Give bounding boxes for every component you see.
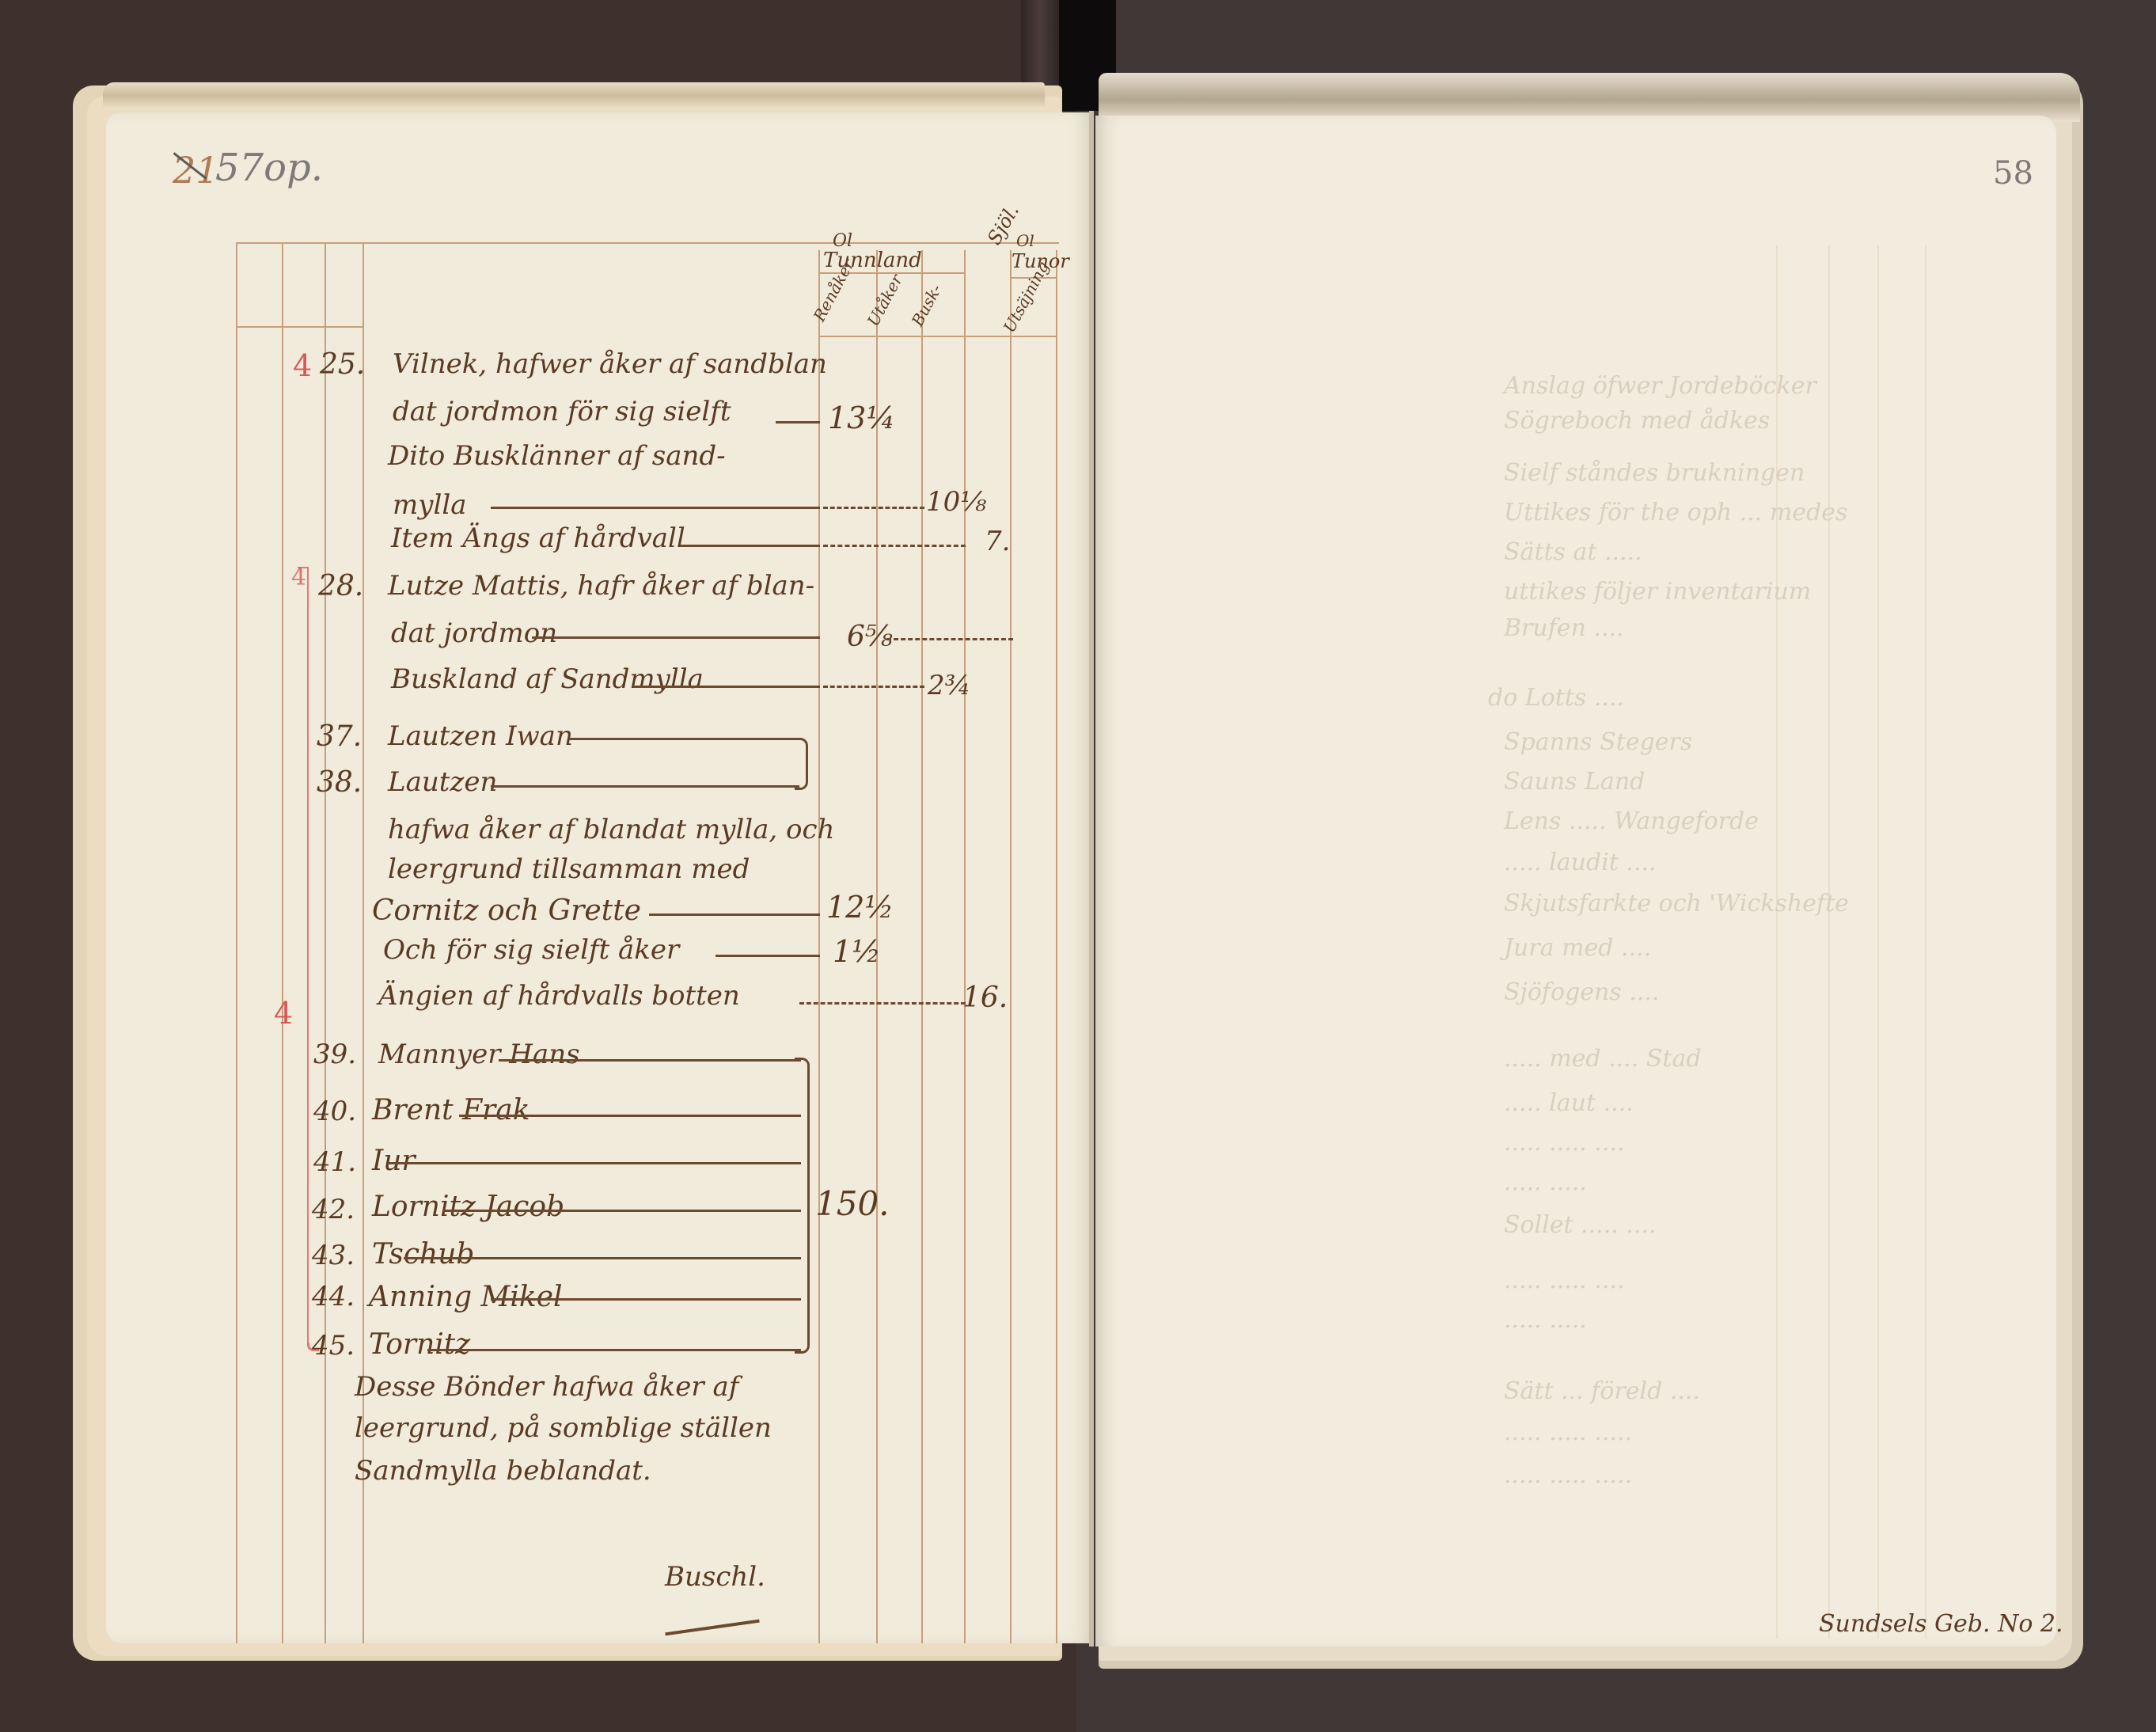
leader-dash	[823, 507, 924, 509]
entry-line: Buskland af Sandmylla	[391, 663, 704, 695]
entry-number: 43.	[312, 1240, 355, 1271]
bleed-line: Sjöfogens ....	[1504, 978, 1659, 1006]
entry-line: dat jordmon	[391, 617, 557, 649]
entry-number: 45.	[312, 1330, 355, 1362]
red-margin-mark: 4	[291, 564, 306, 591]
faint-rule	[1776, 245, 1778, 1639]
brace-37-38	[795, 738, 808, 790]
leader-dash	[823, 686, 924, 688]
faint-rule	[1925, 245, 1926, 1639]
closing-note-line: Sandmylla beblandat.	[355, 1455, 651, 1487]
leader-line	[776, 421, 820, 424]
value-renaker: 6⅝	[847, 621, 893, 653]
bleed-line: do Lotts ....	[1488, 684, 1624, 712]
entry-number: 41.	[313, 1146, 356, 1178]
faint-rule	[1877, 245, 1879, 1639]
brace-39-45	[795, 1058, 810, 1354]
bleed-line: Sätts at .....	[1504, 538, 1642, 566]
entry-line: Ängien af hårdvalls botten	[378, 980, 740, 1012]
bleed-line: ..... laut ....	[1504, 1089, 1634, 1117]
value-renaker: 12½	[826, 890, 894, 925]
leader-line	[491, 785, 799, 788]
rule-busk-col	[921, 250, 923, 1643]
leader-line	[499, 1059, 801, 1062]
entry-line: dat jordmon för sig sielft	[393, 396, 731, 427]
rule-redmark-col	[282, 242, 283, 1643]
entry-number: 39.	[313, 1039, 356, 1070]
footer-note: Sundsels Geb. No 2.	[1819, 1610, 2063, 1638]
bleed-line: Sielf ståndes brukningen	[1504, 459, 1805, 487]
value-sjol: 2¾	[928, 670, 971, 701]
leader-dash	[823, 545, 966, 547]
value-renaker: 13¼	[828, 401, 895, 435]
entry-line: hafwa åker af blandat mylla, och	[388, 814, 834, 845]
entry-number: 25.	[320, 348, 365, 381]
bleed-line: Lens ..... Wangeforde	[1504, 807, 1759, 835]
bleed-line: ..... med .... Stad	[1504, 1045, 1702, 1073]
bleed-line: uttikes följer inventarium	[1504, 578, 1811, 606]
leader-line	[633, 686, 820, 688]
entry-line: Lautzen Iwan	[388, 720, 573, 752]
entry-line: Anning Mikel	[369, 1281, 563, 1313]
entry-line: Dito Busklänner af sand-	[388, 440, 726, 472]
bleed-line: Sögreboch med ådkes	[1504, 407, 1770, 435]
entry-line: Cornitz och Grette	[372, 894, 641, 927]
header-group3-prefix: Ol	[1016, 231, 1034, 250]
value-renaker: 1½	[833, 934, 881, 969]
red-margin-mark: 4	[293, 348, 312, 383]
entry-line: Tschub	[372, 1238, 474, 1271]
leader-line	[649, 913, 820, 916]
right-page	[1095, 116, 2056, 1647]
leader-line	[570, 738, 799, 740]
entry-line: Item Ängs af hårdvall	[391, 522, 685, 554]
bleed-line: ..... ..... .....	[1504, 1419, 1632, 1446]
bleed-line: Sätt ... föreld ....	[1504, 1377, 1700, 1405]
entry-number: 28.	[318, 570, 363, 602]
bleed-line: Sollet ..... ....	[1504, 1211, 1657, 1239]
gutter	[1089, 111, 1094, 1647]
rule-left-margin	[236, 242, 237, 1643]
entry-line: Mannyer Hans	[378, 1039, 580, 1070]
left-page-top-edge	[103, 82, 1045, 109]
bleed-line: ..... laudit ....	[1504, 849, 1657, 876]
group-total: 150.	[815, 1184, 890, 1223]
folio-number: 58	[1993, 155, 2033, 192]
entry-line: Lutze Mattis, hafr åker af blan-	[388, 570, 814, 602]
rule-tunor-col	[1010, 250, 1012, 1643]
bleed-line: ..... .....	[1504, 1168, 1587, 1196]
bleed-line: Brufen ....	[1504, 614, 1624, 642]
bleed-line: Jura med ....	[1504, 934, 1651, 962]
entry-line: mylla	[393, 489, 466, 521]
red-margin-mark: 4	[274, 996, 293, 1031]
bleed-line: Uttikes för the oph ... medes	[1504, 499, 1847, 526]
entry-line: Lautzen	[388, 766, 497, 798]
leader-line	[459, 1115, 801, 1117]
value-sjol: 10⅛	[926, 486, 986, 518]
right-page-top-edge	[1099, 73, 2080, 122]
rule-header-bottom	[818, 336, 1056, 337]
entry-number: 40.	[313, 1096, 356, 1127]
rule-number-col	[325, 242, 326, 1643]
leader-dash	[886, 638, 1013, 640]
faint-rule	[1828, 245, 1830, 1639]
red-bracket-line	[307, 568, 309, 1344]
value-tunor: 7.	[985, 526, 1010, 557]
entry-line: Och för sig sielft åker	[383, 934, 679, 966]
leader-line	[491, 1298, 801, 1301]
closing-note-line: Desse Bönder hafwa åker af	[355, 1371, 738, 1403]
bleed-line: Sauns Land	[1504, 768, 1645, 796]
entry-line: Brent Frak	[372, 1094, 530, 1126]
leader-line	[532, 636, 820, 639]
pencil-note: 57op.	[215, 146, 323, 190]
rule-right-margin	[1056, 250, 1057, 1643]
leader-line	[427, 1349, 801, 1351]
bleed-line: ..... .....	[1504, 1306, 1587, 1334]
entry-number: 38.	[317, 766, 362, 799]
leader-dash	[799, 1002, 966, 1005]
rule-header-left	[236, 326, 364, 328]
value-tunor: 16.	[962, 982, 1008, 1014]
leader-line	[681, 545, 820, 547]
bleed-line: ..... ..... ....	[1504, 1267, 1625, 1294]
leader-line	[404, 1257, 801, 1259]
leader-line	[491, 507, 820, 509]
signature: Buschl.	[665, 1561, 765, 1593]
entry-number: 37.	[317, 720, 362, 753]
leader-line	[443, 1210, 801, 1212]
entry-line: Vilnek, hafwer åker af sandblan	[393, 348, 827, 380]
entry-number: 44.	[312, 1281, 355, 1312]
entry-line: Tornitz	[369, 1328, 470, 1361]
entry-line: Iur	[372, 1145, 416, 1177]
leader-line	[716, 955, 820, 957]
bleed-line: Spanns Stegers	[1504, 728, 1692, 756]
bleed-line: ..... ..... .....	[1504, 1461, 1632, 1489]
rule-sjol-col	[964, 250, 966, 1643]
rule-renaker-col	[818, 250, 820, 1643]
leader-line	[388, 1162, 801, 1164]
bleed-line: Skjutsfarkte och 'Wickshefte	[1504, 890, 1849, 917]
entry-line: Lornitz Jacob	[372, 1191, 564, 1223]
entry-line: leergrund tillsamman med	[388, 853, 750, 885]
rule-top	[236, 242, 1059, 244]
entry-number: 42.	[312, 1194, 355, 1225]
bleed-line: Anslag öfwer Jordeböcker	[1504, 372, 1816, 400]
closing-note-line: leergrund, på somblige ställen	[355, 1412, 772, 1444]
bleed-line: ..... ..... ....	[1504, 1129, 1625, 1157]
